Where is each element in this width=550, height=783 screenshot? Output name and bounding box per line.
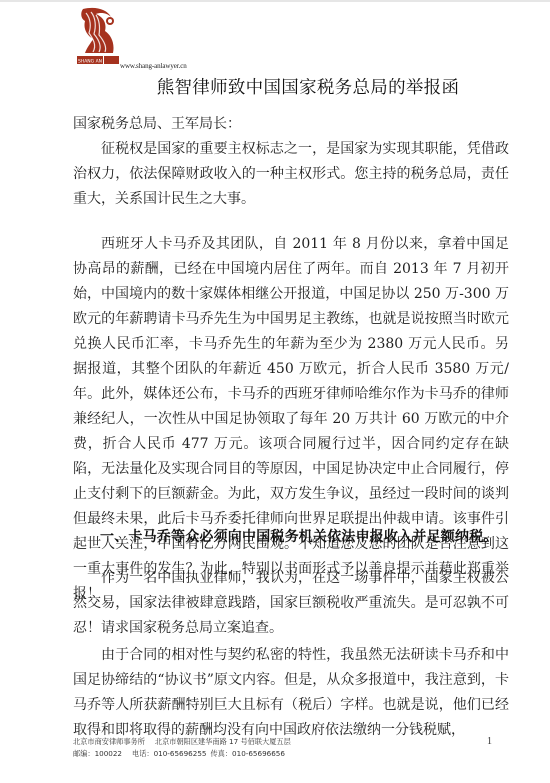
paragraph-text: 西班牙人卡马乔及其团队，自 2011 年 8 月份以来，拿着中国足协高昂的薪酬，… <box>73 232 509 607</box>
logo-caption: SHANG AN <box>78 59 102 65</box>
paragraph-text: 征税权是国家的重要主权标志之一，是国家为实现其职能，凭借政治权力，依法保障财政收… <box>73 137 509 212</box>
page-footer: 北京市商安律师事务所北京市朝阳区建华南路 17 号佰联大厦五层 邮编：10002… <box>73 736 503 760</box>
footer-phone: 电话：010-65696255 <box>132 749 206 758</box>
document-title: 熊智律师致中国国家税务总局的举报函 <box>0 74 550 99</box>
footer-line-2: 邮编：100022电话：010-65696255传真：010-65696656 <box>73 748 503 760</box>
footer-address: 北京市朝阳区建华南路 17 号佰联大厦五层 <box>155 737 291 746</box>
logo-emblem-icon: SHANG AN <box>77 7 119 65</box>
paragraph-3: 作为一名中国执业律师，我认为，在这一场事件中，国家主权被公然交易，国家法律被肆意… <box>73 566 509 641</box>
footer-firm-name: 北京市商安律师事务所 <box>73 737 145 746</box>
paragraph-2: 西班牙人卡马乔及其团队，自 2011 年 8 月份以来，拿着中国足协高昂的薪酬，… <box>73 232 509 607</box>
footer-line-1: 北京市商安律师事务所北京市朝阳区建华南路 17 号佰联大厦五层 <box>73 736 503 748</box>
section-heading: 一、卡马乔等众必须向中国税务机关依法申报收入并足额纳税。 <box>100 526 498 546</box>
paragraph-text: 由于合同的相对性与契约私密的特性，我虽然无法研读卡马乔和中国足协缔结的“协议书”… <box>73 643 509 743</box>
footer-postal-code: 邮编：100022 <box>73 749 122 758</box>
page-top-border <box>0 0 550 2</box>
footer-fax: 传真：010-65696656 <box>210 749 284 758</box>
page-number: 1 <box>487 736 492 747</box>
site-url: www.shang-anlawyer.cn <box>120 62 187 70</box>
paragraph-4: 由于合同的相对性与契约私密的特性，我虽然无法研读卡马乔和中国足协缔结的“协议书”… <box>73 643 509 743</box>
law-firm-logo: SHANG AN <box>77 7 119 65</box>
salutation: 国家税务总局、王军局长： <box>73 113 241 133</box>
paragraph-1: 征税权是国家的重要主权标志之一，是国家为实现其职能，凭借政治权力，依法保障财政收… <box>73 137 509 212</box>
paragraph-text: 作为一名中国执业律师，我认为，在这一场事件中，国家主权被公然交易，国家法律被肆意… <box>73 566 509 641</box>
